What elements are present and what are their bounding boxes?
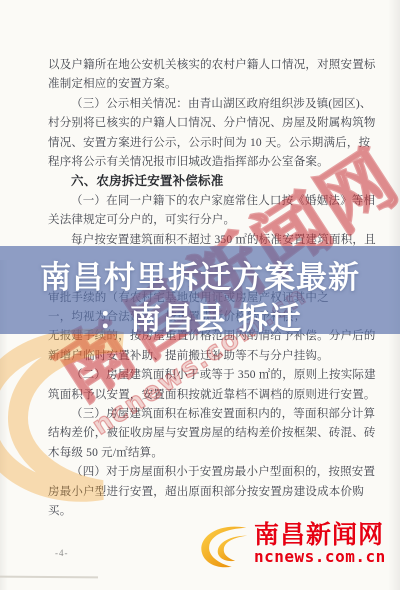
document-line: 以及户籍所在地公安机关核实的农村户籍人口情况，对照安置标 [48, 56, 356, 75]
document-line: 情况、安置方案进行公示，公示时间为 10 天。公示期满后，按 [48, 134, 356, 153]
document-line: （四）对于房屋面积小于安置房最小户型面积的，按照安置 [48, 463, 356, 482]
document-line: 房最小户型进行安置，超出原面积部分按安置房建设成本价购 [48, 483, 356, 502]
document-line: （一）在同一户籍下的农户家庭常住人口按《婚姻法》等相 [48, 192, 356, 211]
page-number: -4- [55, 548, 69, 558]
document-photo: 以及户籍所在地公安机关核实的农村户籍人口情况，对照安置标准制定相应的安置方案。（… [0, 0, 400, 590]
paper-edge-bottom [0, 576, 98, 579]
document-line: （三）房屋建筑面积在标准安置面积内的，等面积部分计算 [48, 405, 356, 424]
headline-title: 南昌村里拆迁方案最新 ：南昌县 拆迁 [0, 258, 400, 340]
document-line: 六、农房拆迁安置补偿标准 [48, 172, 356, 191]
headline-line2: ：南昌县 拆迁 [0, 299, 400, 340]
document-line: 村分别将已核实的户籍人口情况、分户情况、房屋及附属构筑物 [48, 114, 356, 133]
document-line: 新增户临时安置补助、提前搬迁补助等不与分户挂钩。 [48, 347, 356, 366]
logo: 南昌新闻网 ncnews.com.cn [197, 521, 386, 571]
logo-swoosh-icon [197, 521, 249, 571]
document-line: 买。 [48, 502, 356, 521]
document-line: （三）公示相关情况：由青山湖区政府组织涉及镇(园区)、 [48, 95, 356, 114]
document-line: 程序将公示有关情况报市旧城改造指挥部办公室备案。 [48, 153, 356, 172]
logo-site-url: ncnews.com.cn [254, 548, 386, 565]
document-line: 筑面积予以安置，安置面积按就近靠档不调档的原则进行安置。 [48, 386, 356, 405]
document-line: 结构差价，被征收房屋与安置房屋的结构差价按框架、砖混、砖 [48, 424, 356, 443]
logo-site-name: 南昌新闻网 [254, 521, 386, 548]
headline-line1: 南昌村里拆迁方案最新 [0, 258, 400, 299]
document-line: （二）房屋建筑面积小于或等于 350 ㎡的，原则上按实际建 [48, 366, 356, 385]
document-line: 关法律规定可分户的，可实行分户。 [48, 211, 356, 230]
document-line: 准制定相应的安置方案。 [48, 75, 356, 94]
document-line: 木每级 50 元/㎡结算。 [48, 444, 356, 463]
